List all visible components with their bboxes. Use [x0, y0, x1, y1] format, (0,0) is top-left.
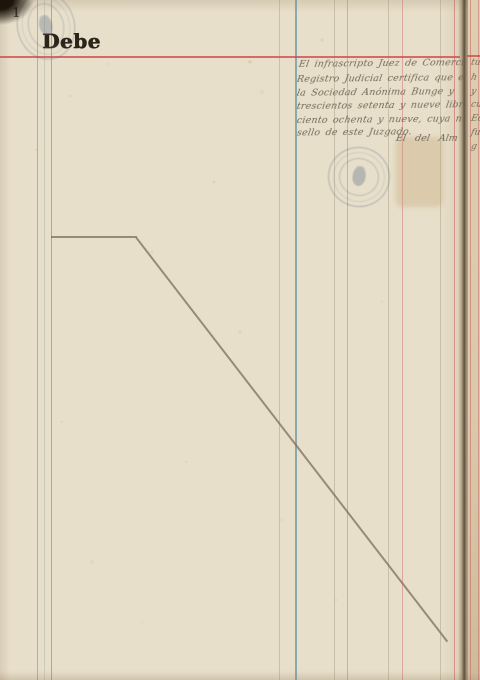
handwriting-fragment: g	[470, 142, 478, 152]
rule-vertical-red-left-1	[37, 0, 38, 680]
rule-vertical-red-left-2	[51, 0, 52, 680]
handwriting-line: Registro Judicial certifica que el pre	[297, 72, 463, 85]
crossout-horizontal-segment	[51, 236, 137, 238]
handwriting-fragment: y	[470, 87, 477, 97]
rule-vertical-faint-left	[44, 0, 45, 680]
handwriting-fragment: fu	[470, 128, 480, 138]
ledger-page-scan: 1 Debe El infrascripto Juez de Comercio …	[0, 0, 480, 680]
rule-horizontal-header-facing	[467, 55, 480, 57]
page-corner-shadow	[0, 0, 64, 50]
bottom-edge-shadow	[0, 672, 480, 680]
handwriting-line: ciento ochenta y nueve, cuya numeración …	[297, 113, 463, 126]
handwriting-fragment: h	[470, 73, 478, 83]
handwriting-fragment: Ecu	[470, 114, 480, 124]
handwriting-fragment: cu	[470, 100, 480, 110]
handwriting-fragment: tu	[470, 58, 480, 68]
handwriting-line: la Sociedad Anónima Bunge y	[297, 86, 455, 99]
handwriting-line: El infrascripto Juez de Comercio in	[298, 57, 463, 70]
handwriting-signature: El del Alm	[395, 133, 459, 144]
facing-page-edge: tu h y cu Ecu fu g	[468, 0, 480, 680]
handwriting-line: trescientos setenta y nueve libros inme	[297, 99, 463, 112]
rule-vertical-blue-1	[279, 0, 280, 680]
